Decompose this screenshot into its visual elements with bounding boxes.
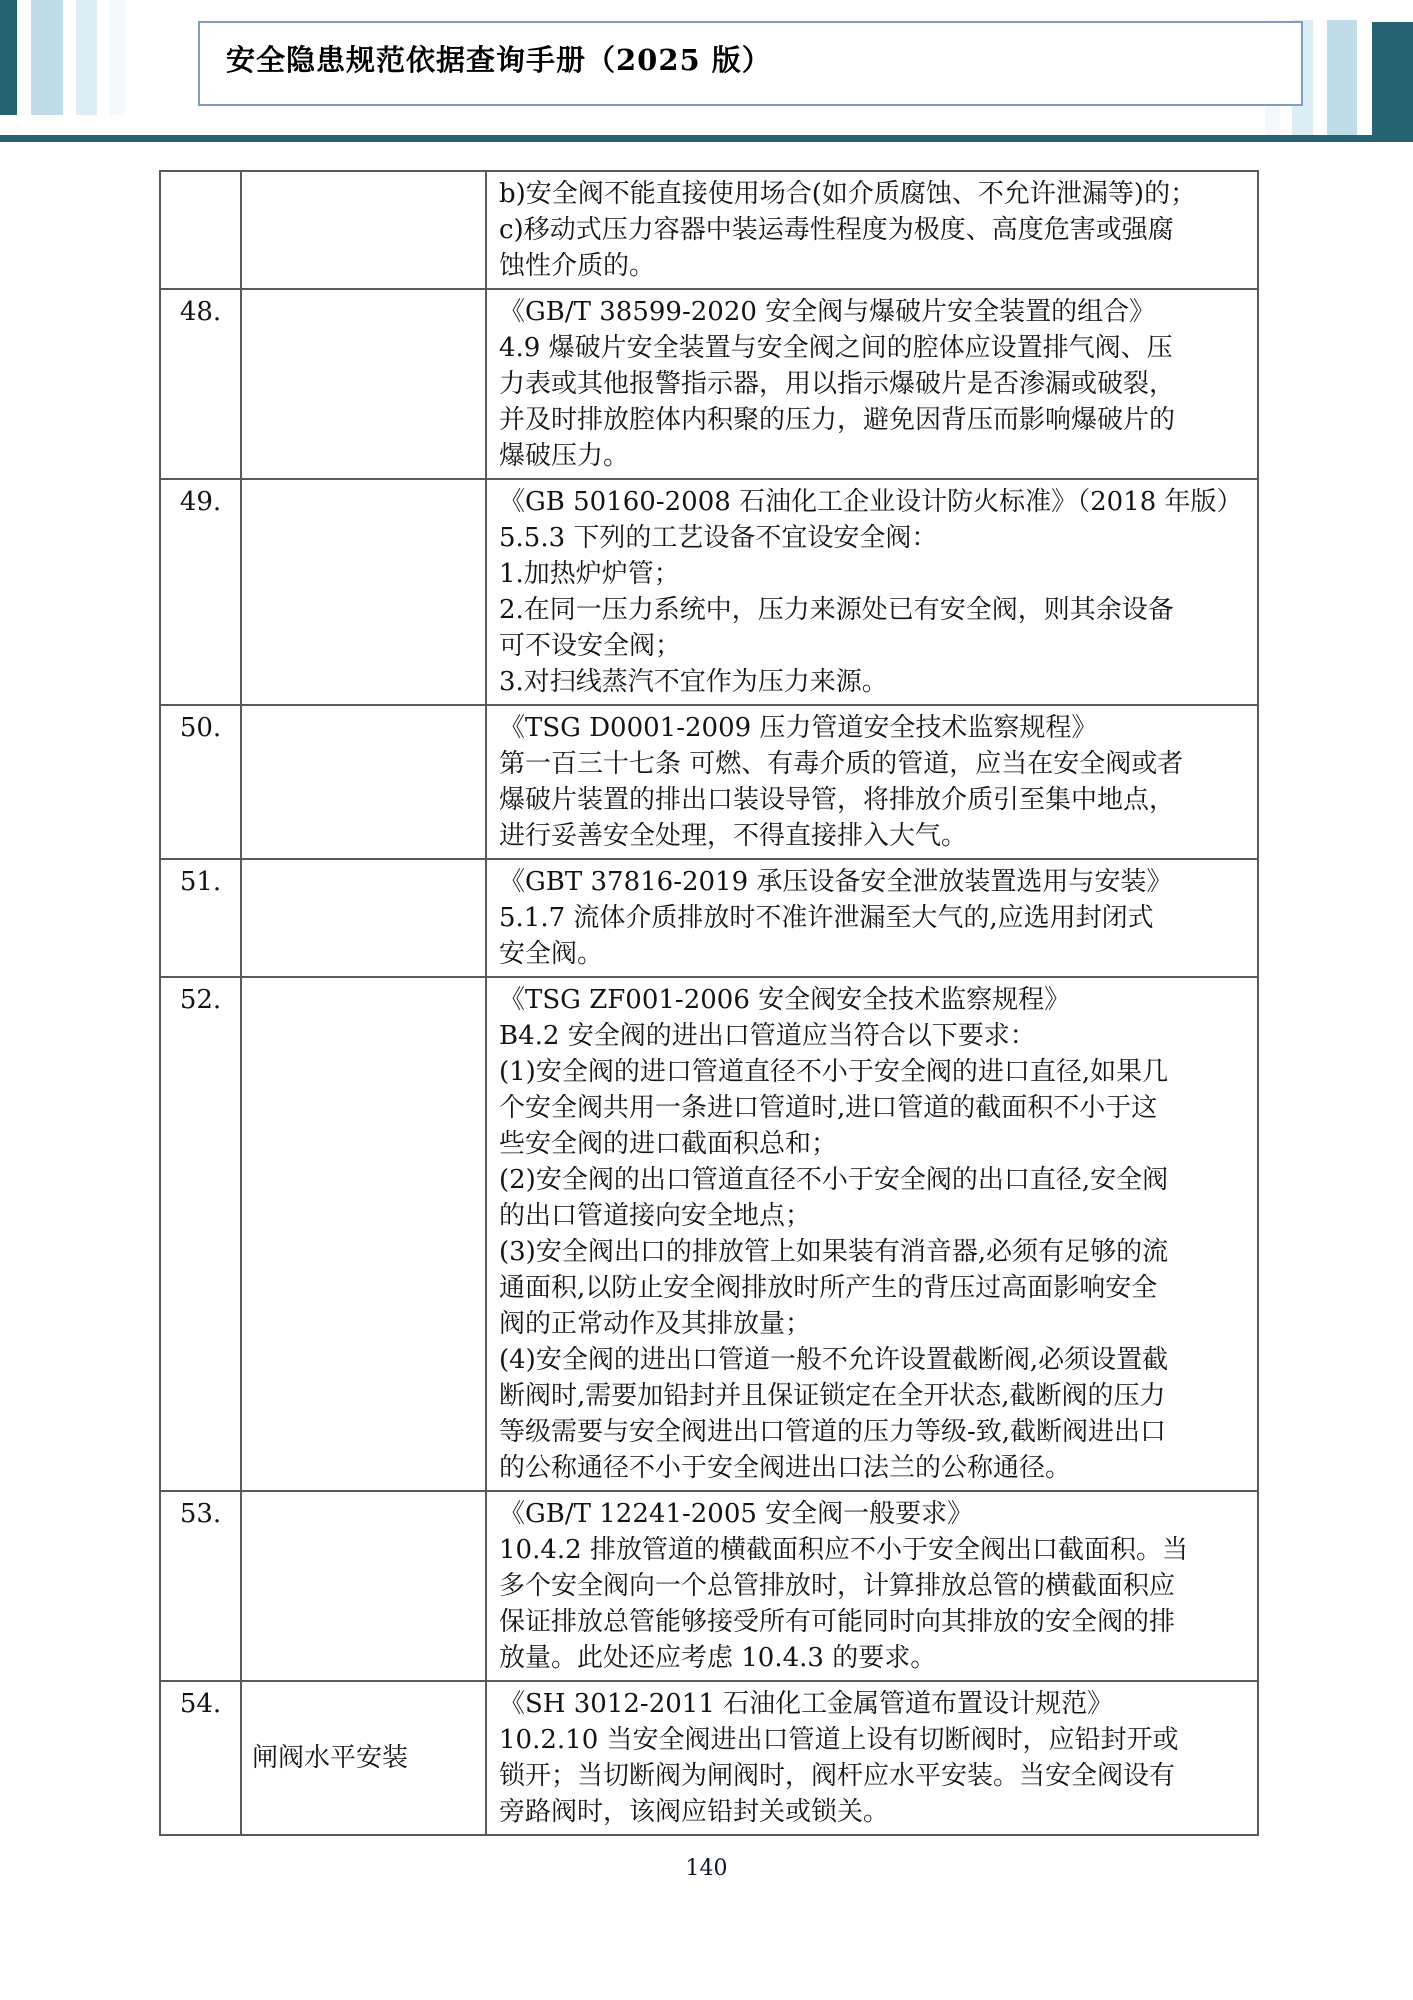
regulation-content-cell: b)安全阀不能直接使用场合(如介质腐蚀、不允许泄漏等)的；c)移动式压力容器中装… [486, 171, 1258, 289]
regulation-text-line: B4.2 安全阀的进出口管道应当符合以下要求： [499, 1018, 1249, 1054]
hazard-category-cell [241, 479, 486, 705]
regulation-text-line: 等级需要与安全阀进出口管道的压力等级-致,截断阀进出口 [499, 1414, 1249, 1450]
regulation-text-line: 5.5.3 下列的工艺设备不宜设安全阀： [499, 520, 1249, 556]
regulation-content-cell: 《GB 50160-2008 石油化工企业设计防火标准》（2018 年版）5.5… [486, 479, 1258, 705]
regulation-text-line: 《GB/T 12241-2005 安全阀一般要求》 [499, 1496, 1249, 1532]
regulation-text-line: 《SH 3012-2011 石油化工金属管道布置设计规范》 [499, 1686, 1249, 1722]
regulations-table: b)安全阀不能直接使用场合(如介质腐蚀、不允许泄漏等)的；c)移动式压力容器中装… [159, 170, 1259, 1836]
hazard-category-cell [241, 289, 486, 479]
regulation-text-line: 《TSG D0001-2009 压力管道安全技术监察规程》 [499, 710, 1249, 746]
regulation-text-line: (1)安全阀的进口管道直径不小于安全阀的进口直径,如果几 [499, 1054, 1249, 1090]
row-number-cell: 50. [160, 705, 241, 859]
regulation-text-line: 进行妥善安全处理，不得直接排入大气。 [499, 818, 1249, 854]
table-row: 48.《GB/T 38599-2020 安全阀与爆破片安全装置的组合》4.9 爆… [160, 289, 1258, 479]
regulation-text-line: 锁开；当切断阀为闸阀时，阀杆应水平安装。当安全阀设有 [499, 1758, 1249, 1794]
table-row: b)安全阀不能直接使用场合(如介质腐蚀、不允许泄漏等)的；c)移动式压力容器中装… [160, 171, 1258, 289]
document-title-box: 安全隐患规范依据查询手册（2025 版） [198, 21, 1303, 106]
regulation-text-line: c)移动式压力容器中装运毒性程度为极度、高度危害或强腐 [499, 212, 1249, 248]
header-divider-rule [0, 135, 1413, 142]
deco-stripe-dark-left [0, 0, 17, 115]
regulation-text-line: 安全阀。 [499, 936, 1249, 972]
regulation-text-line: 10.4.2 排放管道的横截面积应不小于安全阀出口截面积。当 [499, 1532, 1249, 1568]
table-row: 54.闸阀水平安装《SH 3012-2011 石油化工金属管道布置设计规范》10… [160, 1681, 1258, 1835]
row-number-cell: 52. [160, 977, 241, 1491]
regulation-text-line: 10.2.10 当安全阀进出口管道上设有切断阀时，应铅封开或 [499, 1722, 1249, 1758]
table-row: 49.《GB 50160-2008 石油化工企业设计防火标准》（2018 年版）… [160, 479, 1258, 705]
table-row: 50.《TSG D0001-2009 压力管道安全技术监察规程》第一百三十七条 … [160, 705, 1258, 859]
regulation-content-cell: 《GB/T 12241-2005 安全阀一般要求》10.4.2 排放管道的横截面… [486, 1491, 1258, 1681]
regulation-content-cell: 《TSG ZF001-2006 安全阀安全技术监察规程》B4.2 安全阀的进出口… [486, 977, 1258, 1491]
deco-stripe-medium-right [1327, 20, 1357, 137]
row-number-cell: 49. [160, 479, 241, 705]
row-number-cell: 48. [160, 289, 241, 479]
regulation-content-cell: 《TSG D0001-2009 压力管道安全技术监察规程》第一百三十七条 可燃、… [486, 705, 1258, 859]
table-row: 52.《TSG ZF001-2006 安全阀安全技术监察规程》B4.2 安全阀的… [160, 977, 1258, 1491]
regulation-text-line: 的公称通径不小于安全阀进出口法兰的公称通径。 [499, 1450, 1249, 1486]
regulation-text-line: 《GB/T 38599-2020 安全阀与爆破片安全装置的组合》 [499, 294, 1249, 330]
regulation-text-line: 阀的正常动作及其排放量； [499, 1306, 1249, 1342]
regulation-text-line: 《GB 50160-2008 石油化工企业设计防火标准》（2018 年版） [499, 484, 1249, 520]
hazard-category-cell [241, 171, 486, 289]
regulation-content-cell: 《SH 3012-2011 石油化工金属管道布置设计规范》10.2.10 当安全… [486, 1681, 1258, 1835]
regulation-text-line: 旁路阀时，该阀应铅封关或锁关。 [499, 1794, 1249, 1830]
hazard-category-cell [241, 1491, 486, 1681]
regulations-table-body: b)安全阀不能直接使用场合(如介质腐蚀、不允许泄漏等)的；c)移动式压力容器中装… [160, 171, 1258, 1835]
regulation-text-line: 保证排放总管能够接受所有可能同时向其排放的安全阀的排 [499, 1604, 1249, 1640]
regulation-text-line: 4.9 爆破片安全装置与安全阀之间的腔体应设置排气阀、压 [499, 330, 1249, 366]
regulation-content-cell: 《GBT 37816-2019 承压设备安全泄放装置选用与安装》5.1.7 流体… [486, 859, 1258, 977]
regulation-text-line: 爆破压力。 [499, 438, 1249, 474]
regulation-text-line: 放量。此处还应考虑 10.4.3 的要求。 [499, 1640, 1249, 1676]
regulation-text-line: 的出口管道接向安全地点； [499, 1198, 1249, 1234]
hazard-category-cell [241, 859, 486, 977]
regulation-content-cell: 《GB/T 38599-2020 安全阀与爆破片安全装置的组合》4.9 爆破片安… [486, 289, 1258, 479]
document-title: 安全隐患规范依据查询手册（2025 版） [200, 23, 1301, 79]
regulation-text-line: 爆破片装置的排出口装设导管，将排放介质引至集中地点， [499, 782, 1249, 818]
regulation-text-line: (4)安全阀的进出口管道一般不允许设置截断阀,必须设置截 [499, 1342, 1249, 1378]
regulation-text-line: 可不设安全阀； [499, 628, 1249, 664]
regulation-text-line: b)安全阀不能直接使用场合(如介质腐蚀、不允许泄漏等)的； [499, 176, 1249, 212]
regulation-text-line: 多个安全阀向一个总管排放时，计算排放总管的横截面积应 [499, 1568, 1249, 1604]
table-row: 53.《GB/T 12241-2005 安全阀一般要求》10.4.2 排放管道的… [160, 1491, 1258, 1681]
regulation-text-line: 1.加热炉炉管； [499, 556, 1249, 592]
hazard-category-cell: 闸阀水平安装 [241, 1681, 486, 1835]
regulation-text-line: 2.在同一压力系统中，压力来源处已有安全阀，则其余设备 [499, 592, 1249, 628]
regulation-text-line: 第一百三十七条 可燃、有毒介质的管道，应当在安全阀或者 [499, 746, 1249, 782]
page-number: 140 [0, 1856, 1413, 1881]
row-number-cell: 51. [160, 859, 241, 977]
regulation-text-line: (2)安全阀的出口管道直径不小于安全阀的出口直径,安全阀 [499, 1162, 1249, 1198]
row-number-cell: 53. [160, 1491, 241, 1681]
regulation-text-line: (3)安全阀出口的排放管上如果装有消音器,必须有足够的流 [499, 1234, 1249, 1270]
row-number-cell [160, 171, 241, 289]
regulation-text-line: 《TSG ZF001-2006 安全阀安全技术监察规程》 [499, 982, 1249, 1018]
deco-stripe-medium-left [31, 0, 63, 115]
deco-stripe-dark-right [1372, 22, 1413, 142]
regulation-text-line: 蚀性介质的。 [499, 248, 1249, 284]
regulation-text-line: 《GBT 37816-2019 承压设备安全泄放装置选用与安装》 [499, 864, 1249, 900]
row-number-cell: 54. [160, 1681, 241, 1835]
table-row: 51.《GBT 37816-2019 承压设备安全泄放装置选用与安装》5.1.7… [160, 859, 1258, 977]
regulation-text-line: 5.1.7 流体介质排放时不准许泄漏至大气的,应选用封闭式 [499, 900, 1249, 936]
deco-stripe-faint-left [110, 0, 125, 115]
regulation-text-line: 3.对扫线蒸汽不宜作为压力来源。 [499, 664, 1249, 700]
regulation-text-line: 力表或其他报警指示器，用以指示爆破片是否渗漏或破裂， [499, 366, 1249, 402]
regulation-text-line: 些安全阀的进口截面积总和； [499, 1126, 1249, 1162]
hazard-category-cell [241, 705, 486, 859]
regulation-text-line: 断阀时,需要加铅封并且保证锁定在全开状态,截断阀的压力 [499, 1378, 1249, 1414]
regulation-text-line: 并及时排放腔体内积聚的压力，避免因背压而影响爆破片的 [499, 402, 1249, 438]
hazard-category-cell [241, 977, 486, 1491]
deco-stripe-light-left [76, 0, 97, 115]
regulation-text-line: 个安全阀共用一条进口管道时,进口管道的截面积不小于这 [499, 1090, 1249, 1126]
regulation-text-line: 通面积,以防止安全阀排放时所产生的背压过高面影响安全 [499, 1270, 1249, 1306]
